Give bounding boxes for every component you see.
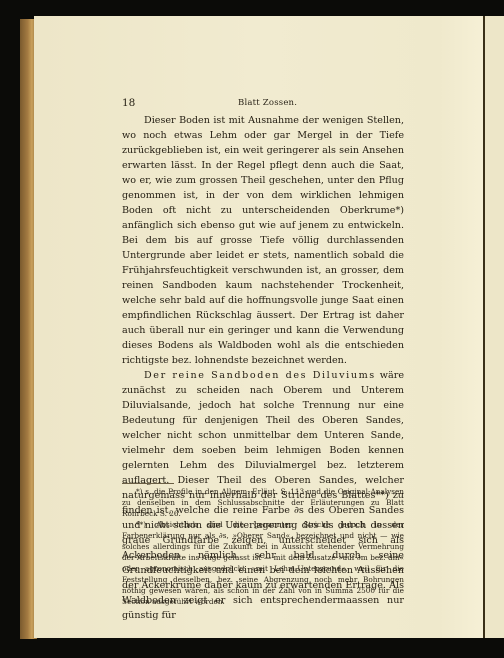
running-title: Blatt Zossen. — [238, 98, 297, 108]
facing-page-edge — [485, 16, 504, 638]
paragraph-1: Dieser Boden ist mit Ausnahme der wenige… — [122, 113, 404, 368]
footnote-divider — [122, 483, 174, 484]
spaced-lead-text: Der reine Sandboden des Diluviums — [144, 370, 376, 381]
footnotes: *) s. die Profile in den Allgem. Erläut.… — [122, 486, 404, 607]
footnote-1: *) s. die Profile in den Allgem. Erläut.… — [122, 486, 404, 519]
footnote-2: **) Absichtlich sind die genannten Stric… — [122, 519, 404, 607]
page-header: 18 Blatt Zossen. — [122, 97, 422, 111]
paragraph-text: Dieser Boden ist mit Ausnahme der wenige… — [122, 115, 404, 366]
page-number: 18 — [122, 97, 135, 109]
